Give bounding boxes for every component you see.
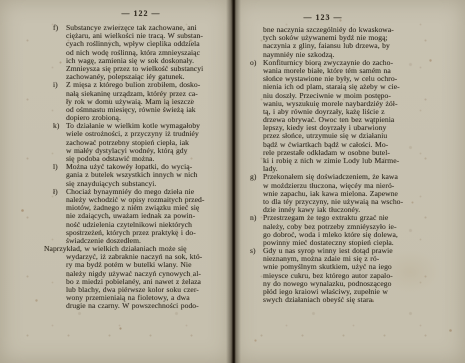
paragraph: n)Przestrzegam że tego extraktu grzać ni… [263,214,425,247]
paragraph-marker: g) [250,173,256,181]
paragraph: Naprzykład, w wielkich działaniach może … [66,245,230,311]
paragraph: s)Gdy u nas syrop winny iest dotąd prawi… [263,247,425,304]
paragraph-marker: ł) [53,188,58,196]
page-number-right: — 123 — [263,13,383,22]
text-line: ki i robię z nich w zimie Lody lub Marme… [263,157,425,165]
paragraph: bne naczynia szczególniéy do kwaskowa-ty… [263,26,425,59]
paragraph-marker: f) [53,24,58,32]
paragraph-marker: l) [53,163,58,171]
paragraph: l)Można użyć takowéy łopatki, do wycią-g… [66,163,230,188]
paragraph-marker: s) [250,247,256,255]
foxing-spots [0,0,1,1]
paragraph-marker: o) [250,59,256,67]
paragraph: k)To działanie w wielkim kotle wymagałob… [66,122,230,163]
paragraph-marker: n) [250,214,256,222]
paragraph: o)Konfiturnicy biorą zwyczaynie do zacho… [263,59,425,174]
left-page-text: f)Substancye zwierzęce tak zachowane, an… [66,24,230,311]
book-spread: — 122 — — 123 — f)Substancye zwierzęce t… [0,0,465,363]
paragraph: g)Przekonałem się doświadczeniem, że kaw… [263,173,425,214]
paragraph-marker: i) [53,81,58,89]
paragraph-marker: k) [53,122,59,130]
paragraph: i)Z mięsa z którego bulion zrobiłem, dos… [66,81,230,122]
paragraph: ł)Chociaż bynaymniéy do mego dzieła nien… [66,188,230,245]
paragraph: f)Substancye zwierzęce tak zachowane, an… [66,24,230,81]
right-page-text: bne naczynia szczególniéy do kwaskowa-ty… [263,26,425,304]
page-number-left: — 122 — [66,9,216,18]
text-line: drugie na czarny. W powszechności podo- [66,302,230,310]
text-line: swych działaniach obeyść się stara. [263,296,425,304]
